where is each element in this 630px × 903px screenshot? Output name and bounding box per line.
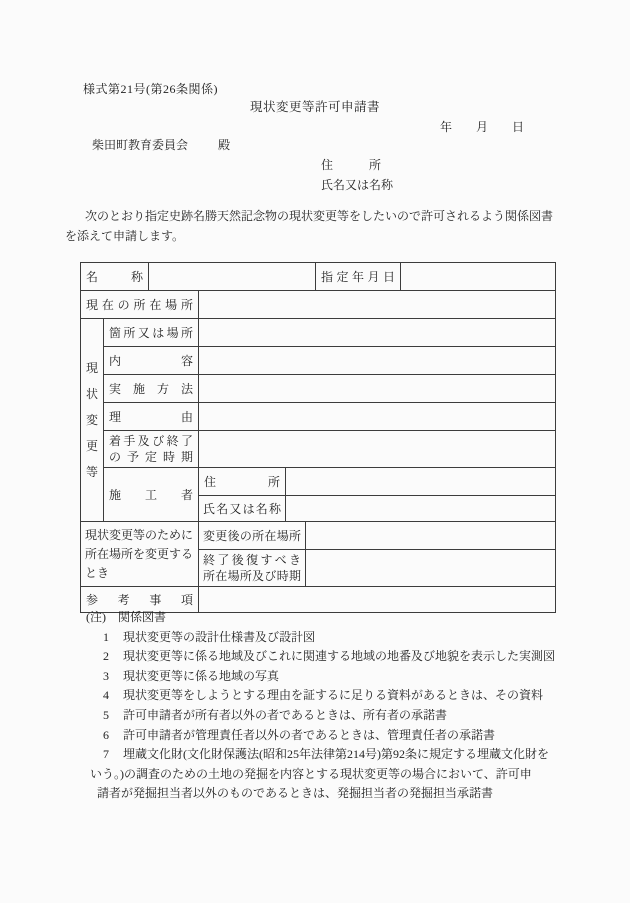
- schedule-value-cell: [199, 431, 556, 468]
- content-label-cell: 内容: [104, 347, 199, 375]
- method-label-cell: 実施方法: [104, 375, 199, 403]
- note-text: 埋蔵文化財(文化財保護法(昭和25年法律第214号)第92条に規定する埋蔵文化財…: [123, 747, 549, 761]
- note-text: 現状変更等の設計仕様書及び設計図: [123, 630, 315, 644]
- contractor-name-value-cell: [286, 496, 556, 522]
- note-text: 許可申請者が所有者以外の者であるときは、所有者の承諾書: [123, 708, 447, 722]
- note-item: 1現状変更等の設計仕様書及び設計図: [65, 628, 575, 648]
- note-text-continuation: 請者が発掘担当者以外のものであるときは、発掘担当者の発掘担当承諾書: [65, 784, 575, 804]
- table-row: 理由: [81, 403, 556, 431]
- applicant-address-label: 住 所: [321, 156, 381, 173]
- page-title: 現状変更等許可申請書: [0, 97, 630, 115]
- application-statement: 次のとおり指定史跡名勝天然記念物の現状変更等をしたいので許可されるよう関係図書を…: [65, 206, 559, 246]
- change-group-vertical-label: 現状変更等: [86, 355, 99, 485]
- note-text: 許可申請者が管理責任者以外の者であるときは、管理責任者の承諾書: [123, 728, 495, 742]
- addressee-line: 柴田町教育委員会殿: [92, 136, 230, 153]
- name-value-cell: [149, 263, 316, 291]
- name-label-cell: 名称: [81, 263, 149, 291]
- designated-date-label-cell: 指定年月日: [316, 263, 401, 291]
- addressee-honorific: 殿: [218, 138, 230, 152]
- note-number: 4: [103, 686, 123, 706]
- addressee-name: 柴田町教育委員会: [92, 138, 188, 152]
- form-number: 様式第21号(第26条関係): [83, 80, 218, 97]
- relocation-case-label-cell: 現状変更等のために 所在場所を変更する とき: [81, 522, 199, 587]
- note-number: 6: [103, 726, 123, 746]
- reason-label-cell: 理由: [104, 403, 199, 431]
- note-number: 3: [103, 667, 123, 687]
- table-row: 着手及び終了 の予定時期: [81, 431, 556, 468]
- designated-date-value-cell: [401, 263, 556, 291]
- note-text: 現状変更等をしようとする理由を証するに足りる資料があるときは、その資料: [123, 688, 543, 702]
- contractor-label-cell: 施工者: [104, 468, 199, 522]
- table-row: 施工者 住所: [81, 468, 556, 496]
- application-table: 名称 指定年月日 現在の所在場所 現状変更等 箇所又は場所 内容 実施方法 理由…: [80, 262, 556, 613]
- restore-label-cell: 終了後復すべき 所在場所及び時期: [199, 550, 306, 587]
- note-number: 7: [103, 745, 123, 765]
- note-item: 2現状変更等に係る地域及びこれに関連する地域の地番及び地貌を表示した実測図: [65, 647, 575, 667]
- current-location-value-cell: [199, 291, 556, 319]
- restore-value-cell: [306, 550, 556, 587]
- method-value-cell: [199, 375, 556, 403]
- spot-label-cell: 箇所又は場所: [104, 319, 199, 347]
- notes-section: (注)関係図書 1現状変更等の設計仕様書及び設計図 2現状変更等に係る地域及びこ…: [65, 608, 575, 804]
- schedule-label-cell: 着手及び終了 の予定時期: [104, 431, 199, 468]
- table-row: 現在の所在場所: [81, 291, 556, 319]
- content-value-cell: [199, 347, 556, 375]
- reason-value-cell: [199, 403, 556, 431]
- table-row: 名称 指定年月日: [81, 263, 556, 291]
- contractor-name-label-cell: 氏名又は名称: [199, 496, 286, 522]
- note-text: 現状変更等に係る地域及びこれに関連する地域の地番及び地貌を表示した実測図: [123, 649, 555, 663]
- current-location-label-cell: 現在の所在場所: [81, 291, 199, 319]
- note-number: 1: [103, 628, 123, 648]
- date-placeholder: 年 月 日: [440, 118, 524, 135]
- new-location-value-cell: [306, 522, 556, 550]
- note-item: 7埋蔵文化財(文化財保護法(昭和25年法律第214号)第92条に規定する埋蔵文化…: [65, 745, 575, 765]
- note-number: 5: [103, 706, 123, 726]
- notes-heading-line: (注)関係図書: [65, 608, 575, 628]
- contractor-address-label-cell: 住所: [199, 468, 286, 496]
- notes-marker: (注): [86, 610, 106, 624]
- table-row: 現状変更等 箇所又は場所: [81, 319, 556, 347]
- application-form-page: { "header": { "form_number": "様式第21号(第26…: [0, 0, 630, 903]
- note-item: 4現状変更等をしようとする理由を証するに足りる資料があるときは、その資料: [65, 686, 575, 706]
- table-row: 実施方法: [81, 375, 556, 403]
- spot-value-cell: [199, 319, 556, 347]
- applicant-name-label: 氏名又は名称: [321, 176, 393, 193]
- note-number: 2: [103, 647, 123, 667]
- note-item: 3現状変更等に係る地域の写真: [65, 667, 575, 687]
- table-row: 内容: [81, 347, 556, 375]
- new-location-label-cell: 変更後の所在場所: [199, 522, 306, 550]
- change-group-header-cell: 現状変更等: [81, 319, 104, 522]
- notes-heading: 関係図書: [118, 610, 166, 624]
- note-item: 5許可申請者が所有者以外の者であるときは、所有者の承諾書: [65, 706, 575, 726]
- note-text-continuation: いう。)の調査のための土地の発掘を内容とする現状変更等の場合において、許可申: [65, 765, 575, 785]
- contractor-address-value-cell: [286, 468, 556, 496]
- table-row: 現状変更等のために 所在場所を変更する とき 変更後の所在場所: [81, 522, 556, 550]
- note-item: 6許可申請者が管理責任者以外の者であるときは、管理責任者の承諾書: [65, 726, 575, 746]
- note-text: 現状変更等に係る地域の写真: [123, 669, 279, 683]
